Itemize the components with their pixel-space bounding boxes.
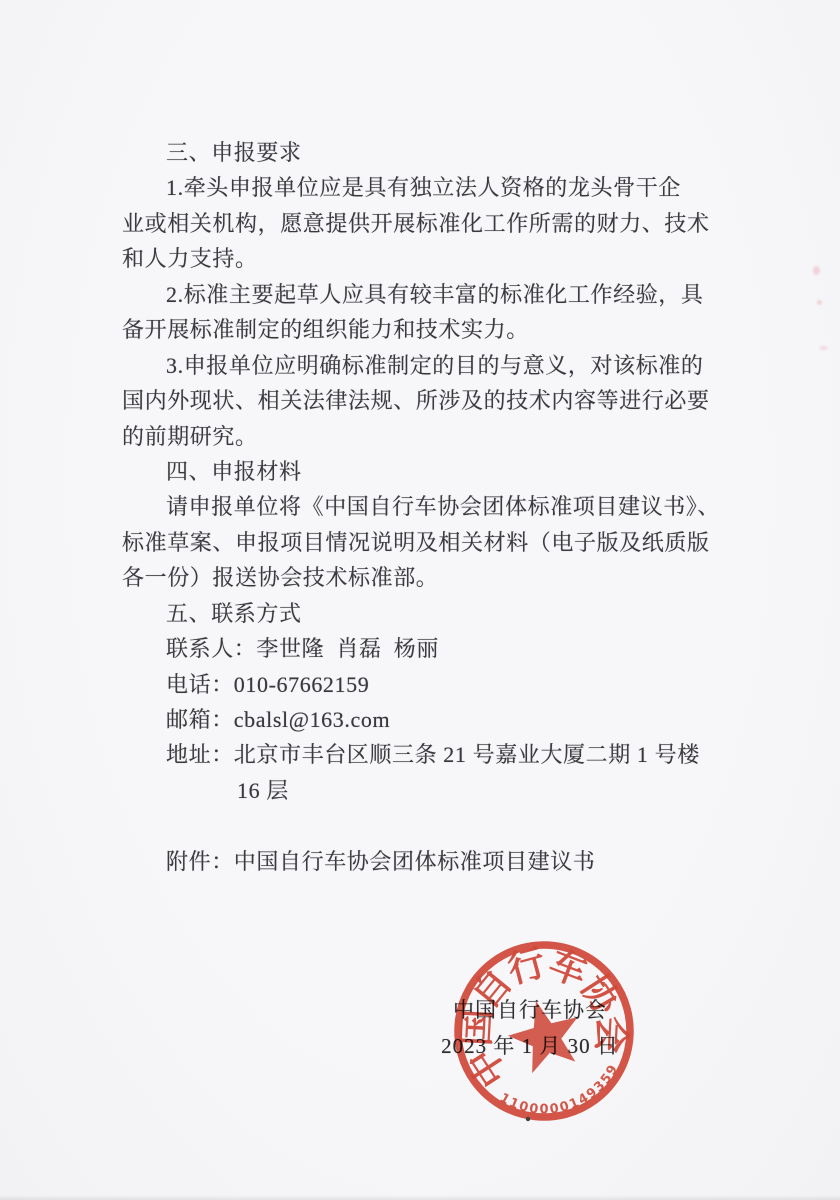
doc-line: 联系人：李世隆 肖磊 杨丽	[122, 631, 722, 666]
doc-line: 1.牵头申报单位应是具有独立法人资格的龙头骨干企	[122, 170, 722, 205]
official-seal-stamp: 中国自行车协会1100000149359	[430, 915, 660, 1150]
scanned-document-page: 三、申报要求1.牵头申报单位应是具有独立法人资格的龙头骨干企业或相关机构，愿意提…	[0, 0, 840, 1200]
doc-line: 2.标准主要起草人应具有较丰富的标准化工作经验，具	[122, 277, 722, 312]
doc-line	[122, 808, 722, 843]
seal-group: 中国自行车协会1100000149359	[435, 923, 652, 1137]
doc-line: 和人力支持。	[122, 241, 722, 276]
doc-line: 五、联系方式	[122, 596, 722, 631]
doc-line: 16 层	[122, 773, 722, 808]
doc-line: 四、申报材料	[122, 454, 722, 489]
seal-arc-char: 中	[461, 1040, 516, 1094]
doc-line: 国内外现状、相关法律法规、所涉及的技术内容等进行必要	[122, 383, 722, 418]
doc-line: 附件：中国自行车协会团体标准项目建议书	[122, 844, 722, 879]
doc-line: 请申报单位将《中国自行车协会团体标准项目建议书》、	[122, 489, 722, 524]
doc-line: 备开展标准制定的组织能力和技术实力。	[122, 312, 722, 347]
doc-line: 邮箱：cbalsl@163.com	[122, 702, 722, 737]
doc-line: 业或相关机构，愿意提供开展标准化工作所需的财力、技术	[122, 206, 722, 241]
doc-line: 标准草案、申报项目情况说明及相关材料（电子版及纸质版	[122, 525, 722, 560]
doc-line: 各一份）报送协会技术标准部。	[122, 560, 722, 595]
doc-line: 3.申报单位应明确标准制定的目的与意义，对该标准的	[122, 348, 722, 383]
doc-line: 电话：010-67662159	[122, 667, 722, 702]
seal-code-digit: 0	[528, 1101, 539, 1117]
scan-artifact-speck	[819, 346, 828, 350]
star-icon	[501, 992, 589, 1077]
doc-line: 的前期研究。	[122, 419, 722, 454]
scan-artifact-speck	[817, 300, 822, 305]
ink-dot-artifact	[526, 1117, 530, 1121]
doc-line: 三、申报要求	[122, 135, 722, 170]
seal-code-digit: 0	[539, 1103, 548, 1118]
document-body: 三、申报要求1.牵头申报单位应是具有独立法人资格的龙头骨干企业或相关机构，愿意提…	[122, 135, 722, 879]
doc-line: 地址：北京市丰台区顺三条 21 号嘉业大厦二期 1 号楼	[122, 737, 722, 772]
scan-artifact-speck	[813, 266, 820, 275]
seal-arc-char: 会	[588, 1015, 632, 1054]
